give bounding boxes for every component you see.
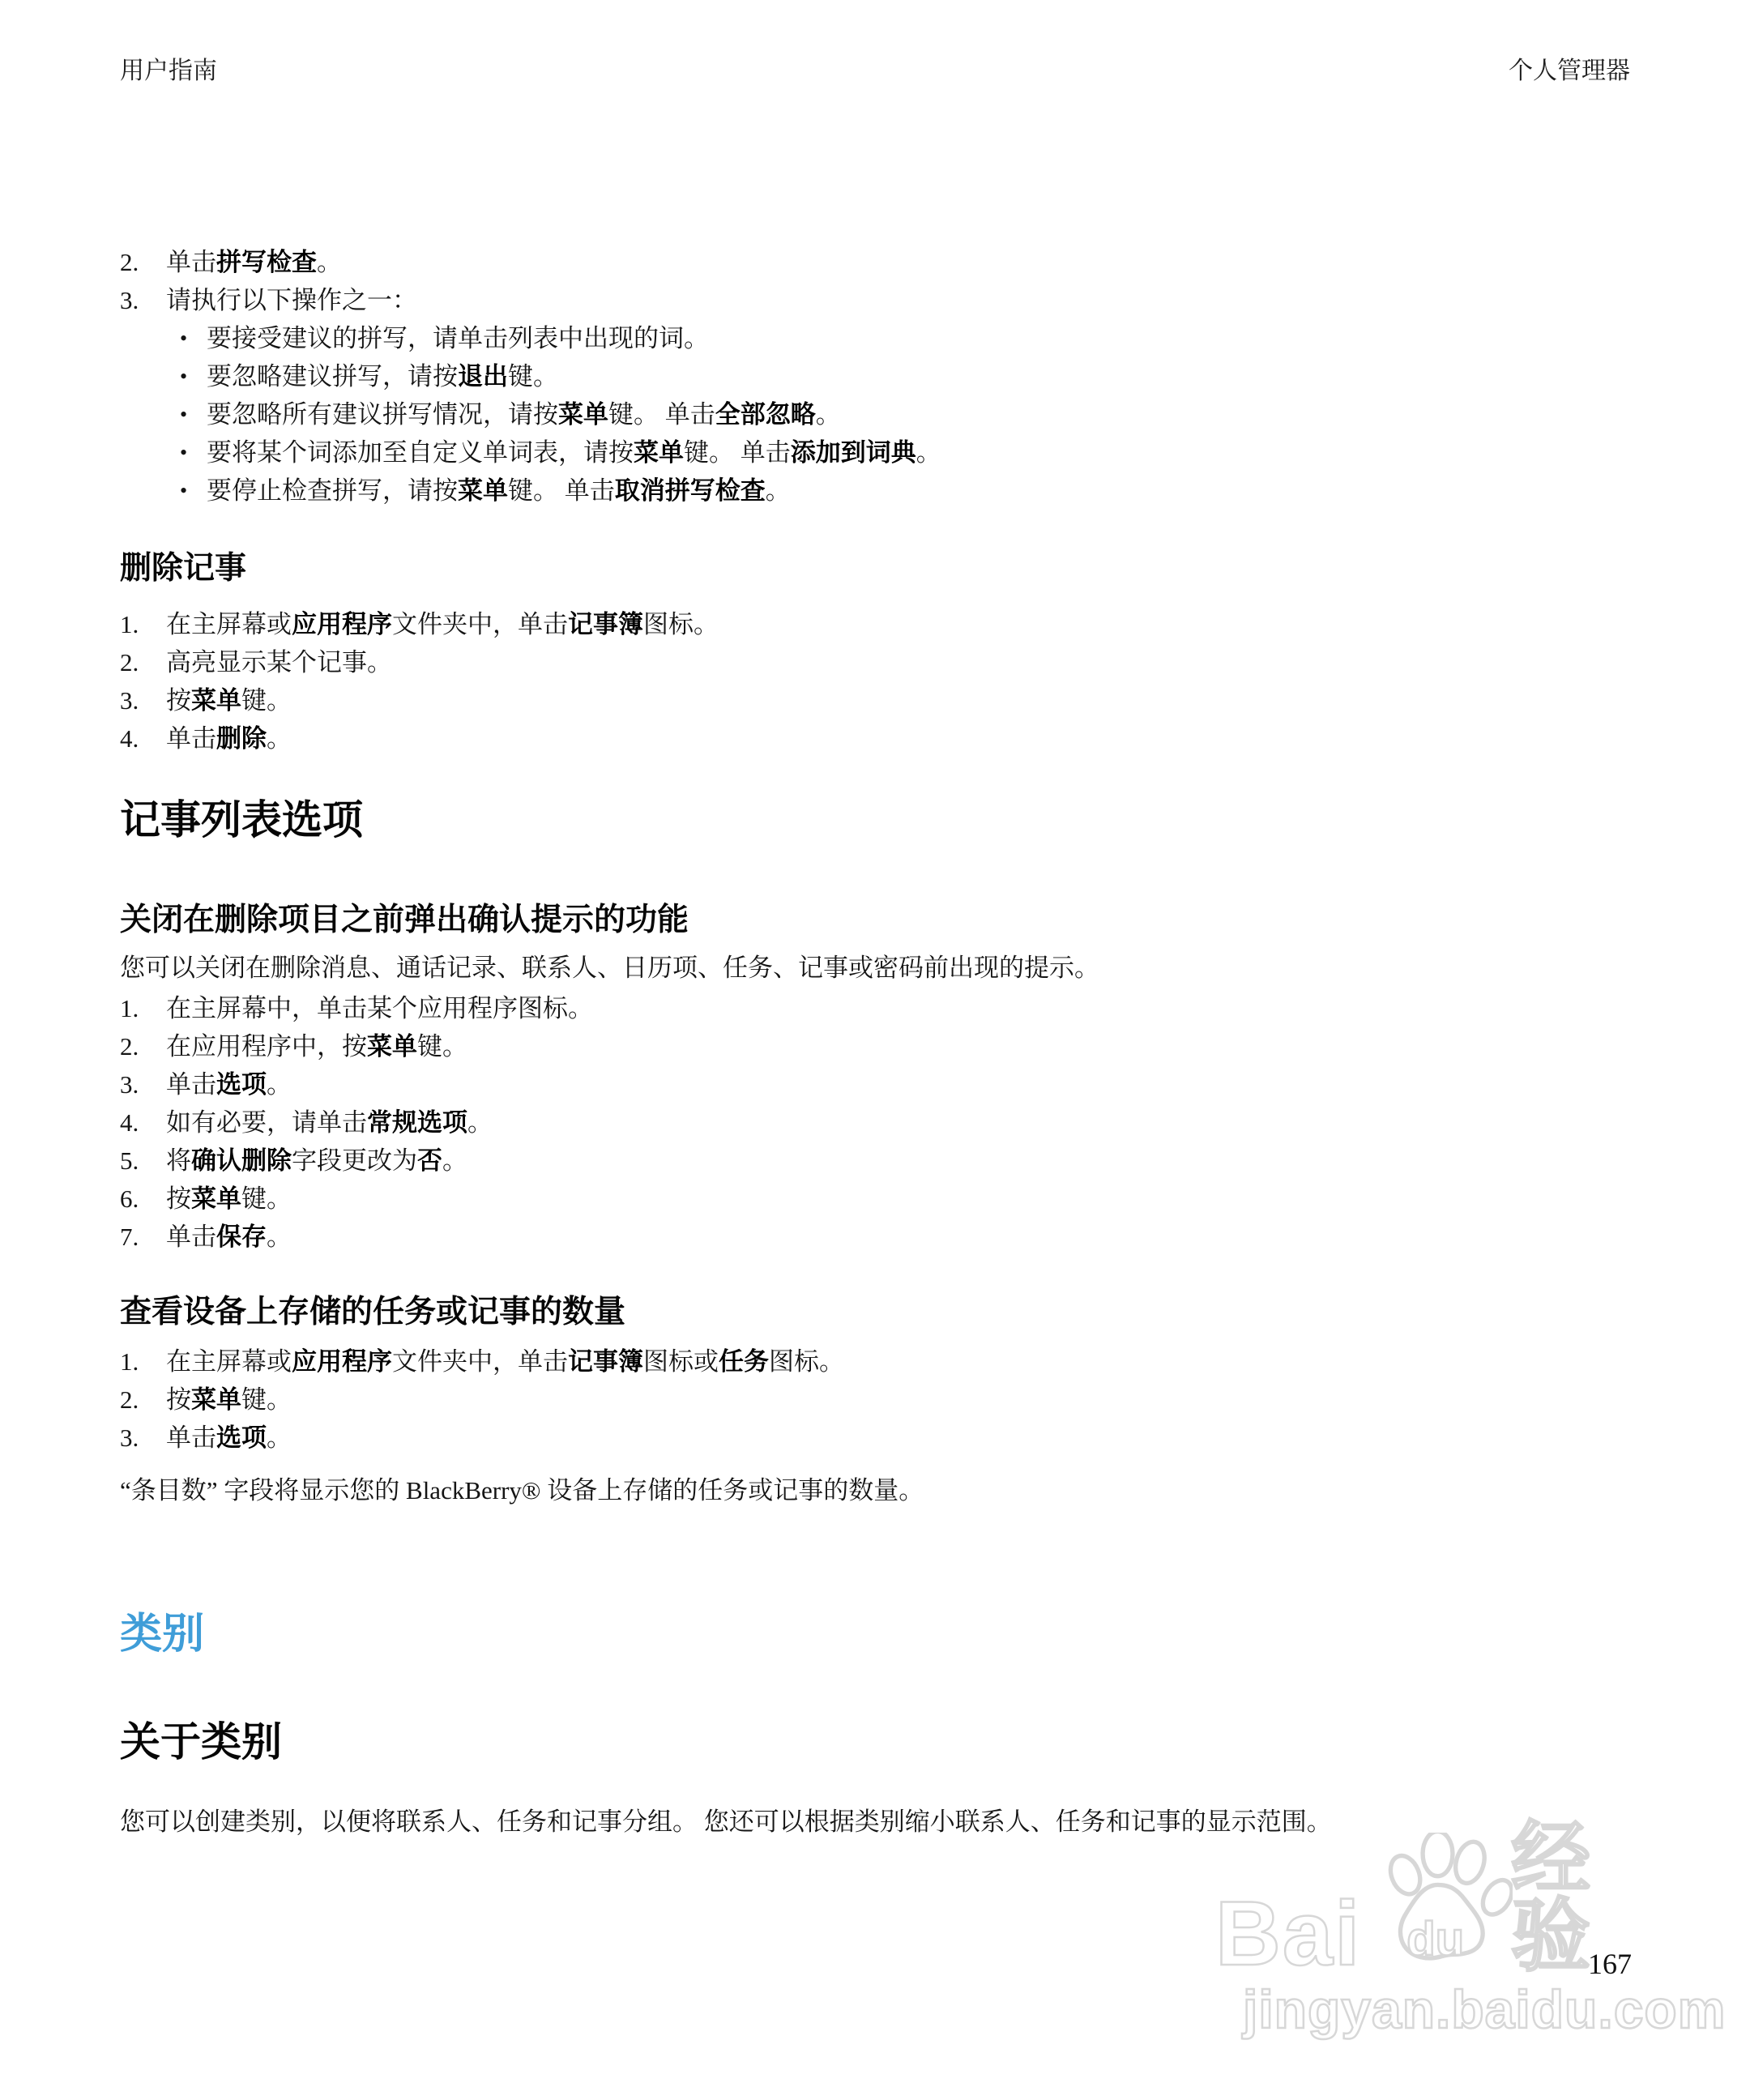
list-item: 1. 在主屏幕或应用程序文件夹中，单击记事簿图标。 [120, 605, 1630, 643]
about-categories-section: 关于类别 您可以创建类别，以便将联系人、任务和记事分组。 您还可以根据类别缩小联… [120, 1718, 1630, 1841]
list-number: 2. [120, 1027, 166, 1065]
bullet-text: 要忽略建议拼写，请按退出键。 [207, 357, 1630, 395]
list-text: 按菜单键。 [166, 681, 1630, 719]
list-item: 1. 在主屏幕或应用程序文件夹中，单击记事簿图标或任务图标。 [120, 1342, 1630, 1381]
bullet-item: • 要接受建议的拼写，请单击列表中出现的词。 [120, 319, 1630, 357]
confirm-steps: 1. 在主屏幕中，单击某个应用程序图标。 2. 在应用程序中，按菜单键。 3. … [120, 989, 1630, 1256]
list-item: 7. 单击保存。 [120, 1218, 1630, 1256]
bullet-icon: • [180, 433, 207, 472]
list-number: 1. [120, 605, 166, 643]
list-text: 按菜单键。 [166, 1381, 1630, 1419]
confirm-prompt-subsection: 关闭在删除项目之前弹出确认提示的功能 您可以关闭在删除消息、通话记录、联系人、日… [120, 901, 1630, 1256]
chapter-heading-categories: 类别 [120, 1608, 1630, 1660]
bullet-item: • 要停止检查拼写，请按菜单键。 单击取消拼写检查。 [120, 472, 1630, 510]
bullet-icon: • [180, 395, 207, 433]
list-number: 5. [120, 1142, 166, 1180]
header-left-title: 用户指南 [120, 57, 217, 86]
list-text: 单击选项。 [166, 1419, 1630, 1457]
document-page: 用户指南 个人管理器 2. 单击拼写检查。 3. 请执行以下操作之一： • 要接… [0, 0, 1750, 2100]
list-item: 2. 在应用程序中，按菜单键。 [120, 1027, 1630, 1065]
delete-memo-steps: 1. 在主屏幕或应用程序文件夹中，单击记事簿图标。 2. 高亮显示某个记事。 3… [120, 605, 1630, 758]
list-text: 按菜单键。 [166, 1180, 1630, 1218]
list-number: 7. [120, 1218, 166, 1256]
list-item: 2. 高亮显示某个记事。 [120, 643, 1630, 681]
bullet-text: 要忽略所有建议拼写情况，请按菜单键。 单击全部忽略。 [207, 395, 1630, 433]
list-item: 3. 请执行以下操作之一： [120, 281, 1630, 319]
bullet-icon: • [180, 472, 207, 510]
bullet-icon: • [180, 357, 207, 395]
list-text: 单击保存。 [166, 1218, 1630, 1256]
list-item: 3. 单击选项。 [120, 1065, 1630, 1103]
baidu-paw-icon: du [1363, 1833, 1506, 1974]
count-steps: 1. 在主屏幕或应用程序文件夹中，单击记事簿图标或任务图标。 2. 按菜单键。 … [120, 1342, 1630, 1457]
list-text: 请执行以下操作之一： [166, 281, 1630, 319]
list-item: 6. 按菜单键。 [120, 1180, 1630, 1218]
intro-paragraph: 您可以关闭在删除消息、通话记录、联系人、日历项、任务、记事或密码前出现的提示。 [120, 949, 1630, 987]
page-number: 167 [1588, 1946, 1632, 1982]
bullet-icon: • [180, 319, 207, 357]
bullet-item: • 要将某个词添加至自定义单词表，请按菜单键。 单击添加到词典。 [120, 433, 1630, 472]
list-text: 在主屏幕中，单击某个应用程序图标。 [166, 989, 1630, 1027]
subsection-heading: 删除记事 [120, 549, 1630, 588]
section-heading: 关于类别 [120, 1718, 1630, 1766]
bullet-text: 要接受建议的拼写，请单击列表中出现的词。 [207, 319, 1630, 357]
list-item: 4. 单击删除。 [120, 719, 1630, 758]
subsection-heading: 关闭在删除项目之前弹出确认提示的功能 [120, 901, 1630, 940]
list-item: 2. 按菜单键。 [120, 1381, 1630, 1419]
task-memo-count-subsection: 查看设备上存储的任务或记事的数量 1. 在主屏幕或应用程序文件夹中，单击记事簿图… [120, 1293, 1630, 1509]
list-item: 4. 如有必要，请单击常规选项。 [120, 1103, 1630, 1142]
list-number: 4. [120, 719, 166, 758]
section-heading-memo-list-options: 记事列表选项 [120, 796, 1630, 844]
list-item: 3. 单击选项。 [120, 1419, 1630, 1457]
bullet-text: 要停止检查拼写，请按菜单键。 单击取消拼写检查。 [207, 472, 1630, 510]
list-text: 在主屏幕或应用程序文件夹中，单击记事簿图标。 [166, 605, 1630, 643]
list-number: 2. [120, 1381, 166, 1419]
list-number: 1. [120, 1342, 166, 1381]
watermark-logo-text: du [1406, 1916, 1464, 1963]
list-text: 在应用程序中，按菜单键。 [166, 1027, 1630, 1065]
page-header: 用户指南 个人管理器 [120, 57, 1630, 86]
bullet-item: • 要忽略建议拼写，请按退出键。 [120, 357, 1630, 395]
header-right-title: 个人管理器 [1509, 57, 1630, 86]
bullet-item: • 要忽略所有建议拼写情况，请按菜单键。 单击全部忽略。 [120, 395, 1630, 433]
watermark-url: jingyan.baidu.com [1215, 1981, 1669, 2038]
list-number: 3. [120, 281, 166, 319]
outro-paragraph: “条目数” 字段将显示您的 BlackBerry® 设备上存储的任务或记事的数量… [120, 1471, 1630, 1509]
list-number: 4. [120, 1103, 166, 1142]
list-text: 单击拼写检查。 [166, 243, 1630, 281]
list-number: 3. [120, 1065, 166, 1103]
list-text: 如有必要，请单击常规选项。 [166, 1103, 1630, 1142]
list-item: 5. 将确认删除字段更改为否。 [120, 1142, 1630, 1180]
list-number: 2. [120, 243, 166, 281]
subsection-heading: 查看设备上存储的任务或记事的数量 [120, 1293, 1630, 1332]
delete-memo-section: 删除记事 1. 在主屏幕或应用程序文件夹中，单击记事簿图标。 2. 高亮显示某个… [120, 549, 1630, 758]
body-paragraph: 您可以创建类别，以便将联系人、任务和记事分组。 您还可以根据类别缩小联系人、任务… [120, 1803, 1630, 1841]
list-number: 3. [120, 681, 166, 719]
bullet-text: 要将某个词添加至自定义单词表，请按菜单键。 单击添加到词典。 [207, 433, 1630, 472]
watermark-logo-text: Bai [1215, 1893, 1361, 1974]
list-number: 2. [120, 643, 166, 681]
list-text: 高亮显示某个记事。 [166, 643, 1630, 681]
spellcheck-steps-section: 2. 单击拼写检查。 3. 请执行以下操作之一： • 要接受建议的拼写，请单击列… [120, 243, 1630, 510]
list-item: 1. 在主屏幕中，单击某个应用程序图标。 [120, 989, 1630, 1027]
list-text: 在主屏幕或应用程序文件夹中，单击记事簿图标或任务图标。 [166, 1342, 1630, 1381]
list-text: 单击删除。 [166, 719, 1630, 758]
list-text: 单击选项。 [166, 1065, 1630, 1103]
list-number: 6. [120, 1180, 166, 1218]
list-number: 1. [120, 989, 166, 1027]
list-text: 将确认删除字段更改为否。 [166, 1142, 1630, 1180]
list-item: 3. 按菜单键。 [120, 681, 1630, 719]
baidu-jingyan-watermark: Bai du 经验 jingyan.baidu.com [1215, 1833, 1669, 2038]
list-number: 3. [120, 1419, 166, 1457]
list-item: 2. 单击拼写检查。 [120, 243, 1630, 281]
